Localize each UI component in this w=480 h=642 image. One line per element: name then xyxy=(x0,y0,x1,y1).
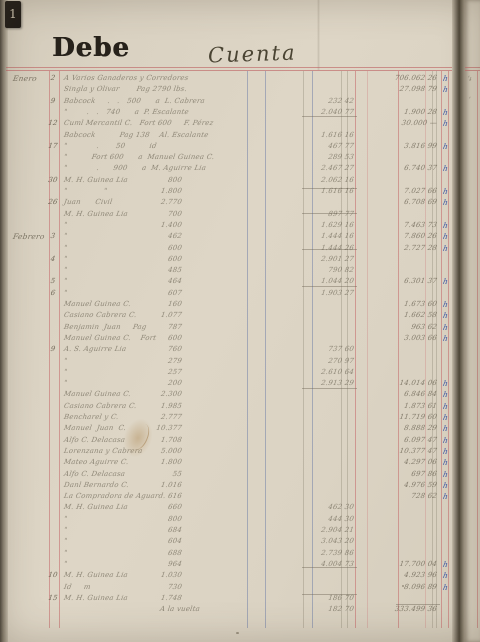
posting-check-mark: h xyxy=(442,187,449,196)
entry-amount-outer: 6.301 37 xyxy=(387,277,437,285)
entry-amount-outer: 963 62 xyxy=(387,323,437,331)
paper-speck xyxy=(236,632,239,634)
posting-check-mark: h xyxy=(442,108,449,117)
entry-amount-inner: 1.044 20 xyxy=(299,277,354,285)
entry-description: Alfo C. Delacasa xyxy=(63,470,125,478)
entry-amount-outer: 333.499 36 xyxy=(387,605,437,613)
entry-description: Manuel Guinea C. xyxy=(63,390,131,398)
entry-quantity: 684 xyxy=(141,526,182,534)
entry-amount-outer: 8.096 89 xyxy=(387,583,437,591)
account-heading: Cuenta xyxy=(208,40,297,67)
entry-amount-inner: 1.444 26 xyxy=(299,244,354,252)
entry-amount-inner: 790 82 xyxy=(299,266,354,274)
entry-amount-outer: 2.727 28 xyxy=(387,244,437,252)
entry-quantity: 800 xyxy=(141,515,182,523)
next-page-writing: ʼı̵ xyxy=(466,75,472,83)
entry-amount-inner: 2.610 64 xyxy=(299,368,354,376)
entry-amount-inner: 467 77 xyxy=(299,142,354,150)
index-tab: 1 xyxy=(5,1,21,28)
ledger-row: "279270 97 xyxy=(0,357,480,368)
posting-check-mark: h xyxy=(442,164,449,173)
entry-day: 17 xyxy=(46,142,59,150)
ledger-row: Benjamin Juan Pag787963 62h xyxy=(0,323,480,334)
entry-amount-outer: 4.297 06 xyxy=(387,458,437,466)
entry-amount-inner: 2.901 27 xyxy=(299,255,354,263)
posting-check-mark: h xyxy=(442,413,449,422)
entry-amount-inner: 2.739 86 xyxy=(299,549,354,557)
entry-day: 9 xyxy=(46,97,59,105)
entry-description: M. H. Guinea Lia xyxy=(63,176,128,184)
entry-day: 15 xyxy=(46,594,59,602)
ledger-row: "800444 30 xyxy=(0,515,480,526)
entry-quantity: 616 xyxy=(141,492,182,500)
entry-description: " xyxy=(63,232,68,240)
next-page-edge: ʼı̵ ʼ xyxy=(464,0,480,642)
entry-amount-outer: 7.463 73 xyxy=(387,221,437,229)
entry-quantity: 257 xyxy=(141,368,182,376)
entry-description: " xyxy=(63,266,68,274)
posting-check-mark: h xyxy=(442,436,449,445)
entry-amount-outer: 728 62 xyxy=(387,492,437,500)
entry-quantity: 730 xyxy=(141,583,182,591)
entry-day: 30 xyxy=(46,176,59,184)
ledger-row: Febrero3"4621.444 167.860 26h xyxy=(0,232,480,243)
entry-quantity: 964 xyxy=(141,560,182,568)
entry-description: Danl Bernardo C. xyxy=(63,481,129,489)
posting-check-mark: h xyxy=(442,470,449,479)
entry-amount-inner: 897 77 xyxy=(299,210,354,218)
posting-check-mark: h xyxy=(442,198,449,207)
entry-description: Casiano Cabrera C. xyxy=(63,311,137,319)
posting-check-mark: h xyxy=(442,232,449,241)
entry-amount-outer: 30.000 — xyxy=(387,119,437,127)
entry-quantity: 1.985 xyxy=(141,402,182,410)
entry-description: " xyxy=(63,560,68,568)
ledger-row: "6882.739 86 xyxy=(0,549,480,560)
ledger-row: La Compradora de Aguard.616728 62h xyxy=(0,492,480,503)
entry-description: Babcock Pag 138 Al. Escalante xyxy=(63,131,209,139)
entry-quantity: 700 xyxy=(141,210,182,218)
entry-description: Id m xyxy=(63,583,91,591)
entry-description: Cuml Mercantil C. Fort 600 F. Pérez xyxy=(63,119,214,127)
paper-speck xyxy=(402,585,404,587)
ledger-row: M. H. Guinea Lia660462 30 xyxy=(0,503,480,514)
entry-quantity: 464 xyxy=(141,277,182,285)
entry-amount-inner: 232 42 xyxy=(299,97,354,105)
entry-description: " xyxy=(63,379,68,387)
entry-quantity: 760 xyxy=(141,345,182,353)
entry-day: 3 xyxy=(46,232,59,240)
ledger-row: "2002.913 2914.014 06h xyxy=(0,379,480,390)
entry-description: Benjamin Juan Pag xyxy=(63,323,147,331)
posting-check-mark: h xyxy=(442,119,449,128)
entry-quantity: 2.300 xyxy=(141,390,182,398)
entry-amount-inner: 2.913 29 xyxy=(299,379,354,387)
entry-amount-inner: 1.903 27 xyxy=(299,289,354,297)
page-number: 1 xyxy=(9,7,17,21)
entry-quantity: 787 xyxy=(141,323,182,331)
entry-description: " . 50 id xyxy=(63,142,157,150)
entry-amount-outer: 4.976 59 xyxy=(387,481,437,489)
entry-day: 4 xyxy=(46,255,59,263)
next-page-writing: ʼ xyxy=(467,96,471,104)
posting-check-mark: h xyxy=(442,277,449,286)
ledger-row: Alfo C. Delacasa55697 86h xyxy=(0,470,480,481)
debit-heading: Debe xyxy=(52,33,130,63)
ledger-row: Danl Bernardo C.1.0164.976 59h xyxy=(0,481,480,492)
ledger-page: 1 Debe Cuenta Enero2A Varios Ganaderos y… xyxy=(0,0,480,642)
rule-line xyxy=(6,67,452,68)
entry-amount-outer: 17.700 04 xyxy=(387,560,437,568)
entry-amount-outer: 6.097 47 xyxy=(387,436,437,444)
ledger-row: Casiano Cabrera C.1.0771.662 58h xyxy=(0,311,480,322)
binding-gutter xyxy=(452,0,464,642)
ledger-row: "6842.904 21 xyxy=(0,526,480,537)
entry-quantity: 1.748 xyxy=(141,594,182,602)
ledger-row: 26Juan Civil2.7706.708 69h xyxy=(0,198,480,209)
ledger-row: A la vuelta182 70333.499 36 xyxy=(0,605,480,616)
posting-check-mark: h xyxy=(442,379,449,388)
posting-check-mark: h xyxy=(442,390,449,399)
entry-quantity: 200 xyxy=(141,379,182,387)
entry-quantity: 660 xyxy=(141,503,182,511)
entry-amount-outer: 6.708 69 xyxy=(387,198,437,206)
entry-description: Juan Civil xyxy=(63,198,113,206)
entry-description: " xyxy=(63,537,68,545)
entry-amount-inner: 1.629 16 xyxy=(299,221,354,229)
entry-quantity: 1.800 xyxy=(141,187,182,195)
posting-check-mark: h xyxy=(442,402,449,411)
ledger-row: 10M. H. Guinea Lia1.0304.923 96h xyxy=(0,571,480,582)
ledger-row: " . 900 a M. Aguirre Lia2.467 276.740 37… xyxy=(0,164,480,175)
ledger-row: 12Cuml Mercantil C. Fort 600 F. Pérez30.… xyxy=(0,119,480,130)
entry-quantity: 160 xyxy=(141,300,182,308)
entry-description: A la vuelta xyxy=(159,605,200,613)
entry-amount-outer: 10.377 47 xyxy=(387,447,437,455)
entry-day: 9 xyxy=(46,345,59,353)
ledger-row: 5"4641.044 206.301 37h xyxy=(0,277,480,288)
posting-check-mark: h xyxy=(442,74,449,83)
posting-check-mark: h xyxy=(442,481,449,490)
entry-amount-outer: 6.740 37 xyxy=(387,164,437,172)
ledger-row: Manuel Guinea C.1601.673 60h xyxy=(0,300,480,311)
paper-crease xyxy=(317,0,320,70)
entry-amount-inner: 1.616 16 xyxy=(299,187,354,195)
entry-quantity: 688 xyxy=(141,549,182,557)
ledger-row: "6043.043 20 xyxy=(0,537,480,548)
entry-amount-outer: 1.673 60 xyxy=(387,300,437,308)
entry-day: 6 xyxy=(46,289,59,297)
entry-amount-inner: 289 53 xyxy=(299,153,354,161)
entry-description: Babcock . . 500 a L. Cabrera xyxy=(63,97,205,105)
ledger-row: Casiano Cabrera C.1.9851.873 61h xyxy=(0,402,480,413)
entry-amount-outer: 6.846 84 xyxy=(387,390,437,398)
entry-description: Manuel Guinea C. xyxy=(63,300,131,308)
ledger-row: "2572.610 64 xyxy=(0,368,480,379)
entry-description: " xyxy=(63,244,68,252)
entry-amount-inner: 2.040 77 xyxy=(299,108,354,116)
entry-amount-outer: 27.098 79 xyxy=(387,85,437,93)
entry-amount-inner: 1.616 16 xyxy=(299,131,354,139)
ledger-row: Manuel Guinea C. Fort6003.003 66h xyxy=(0,334,480,345)
entry-description: " xyxy=(63,255,68,263)
rule-line xyxy=(6,70,452,71)
entry-amount-inner: 2.904 21 xyxy=(299,526,354,534)
entry-amount-inner: 3.043 20 xyxy=(299,537,354,545)
entry-month: Enero xyxy=(12,74,37,83)
entry-description: M. H. Guinea Lia xyxy=(63,594,128,602)
entry-amount-inner: 182 70 xyxy=(299,605,354,613)
posting-check-mark: h xyxy=(442,583,449,592)
entry-description: Bencharel y C. xyxy=(63,413,119,421)
ledger-row: " Fort 600 a Manuel Guinea C.289 53 xyxy=(0,153,480,164)
ledger-row: 17" . 50 id467 773.816 99h xyxy=(0,142,480,153)
entry-quantity: 1.077 xyxy=(141,311,182,319)
ledger-row: 30M. H. Guinea Lia8002.062 16 xyxy=(0,176,480,187)
entry-month: Febrero xyxy=(12,232,45,241)
entry-day: 12 xyxy=(46,119,59,127)
entry-amount-outer: 1.662 58 xyxy=(387,311,437,319)
ledger-row: " . . 740 a P. Escalante2.040 771.900 28… xyxy=(0,108,480,119)
entry-amount-outer: 3.816 99 xyxy=(387,142,437,150)
entry-description: " Fort 600 a Manuel Guinea C. xyxy=(63,153,215,161)
entry-amount-inner: 737 60 xyxy=(299,345,354,353)
ledger-row: " "1.8001.616 167.027 66h xyxy=(0,187,480,198)
entry-description: " xyxy=(63,277,68,285)
posting-check-mark: h xyxy=(442,458,449,467)
posting-check-mark: h xyxy=(442,447,449,456)
entry-description: M. H. Guinea Lia xyxy=(63,571,128,579)
ledger-row: 9A. S. Aguirre Lia760737 60 xyxy=(0,345,480,356)
ledger-row: "485790 82 xyxy=(0,266,480,277)
entry-amount-outer: 8.888 29 xyxy=(387,424,437,432)
posting-check-mark: h xyxy=(442,142,449,151)
entry-day: 2 xyxy=(46,74,59,82)
ledger-row: 4"6002.901 27 xyxy=(0,255,480,266)
ledger-row: 15M. H. Guinea Lia1.748186 70 xyxy=(0,594,480,605)
entry-day: 10 xyxy=(46,571,59,579)
entry-quantity: 604 xyxy=(141,537,182,545)
entry-description: Mateo Aguirre C. xyxy=(63,458,129,466)
ledger-row: Lorenzana y Cabrera5.00010.377 47h xyxy=(0,447,480,458)
posting-check-mark: h xyxy=(442,311,449,320)
ledger-row: 9Babcock . . 500 a L. Cabrera232 42 xyxy=(0,97,480,108)
ledger-row: M. H. Guinea Lia700897 77 xyxy=(0,210,480,221)
posting-check-mark: h xyxy=(442,244,449,253)
entry-amount-inner: 2.467 27 xyxy=(299,164,354,172)
entry-quantity: 279 xyxy=(141,357,182,365)
entry-description: Casiano Cabrera C. xyxy=(63,402,137,410)
entry-quantity: 485 xyxy=(141,266,182,274)
entry-description: " " xyxy=(63,187,107,195)
entry-amount-outer: 1.873 61 xyxy=(387,402,437,410)
entry-amount-inner: 4.004 73 xyxy=(299,560,354,568)
entry-quantity: 800 xyxy=(141,176,182,184)
entry-amount-outer: 697 86 xyxy=(387,470,437,478)
entry-quantity: 600 xyxy=(141,255,182,263)
ledger-row: "9644.004 7317.700 04h xyxy=(0,560,480,571)
entry-amount-inner: 462 30 xyxy=(299,503,354,511)
entry-amount-outer: 11.719 60 xyxy=(387,413,437,421)
entry-amount-inner: 270 97 xyxy=(299,357,354,365)
ledger-row: "1.4001.629 167.463 73h xyxy=(0,221,480,232)
entry-amount-inner: 1.444 16 xyxy=(299,232,354,240)
ledger-row: Mateo Aguirre C.1.8004.297 06h xyxy=(0,458,480,469)
entry-description: " xyxy=(63,357,68,365)
entry-day: 26 xyxy=(46,198,59,206)
posting-check-mark: h xyxy=(442,424,449,433)
entry-quantity: 55 xyxy=(141,470,182,478)
entry-description: " xyxy=(63,549,68,557)
entry-quantity: 1.800 xyxy=(141,458,182,466)
entry-description: A. S. Aguirre Lia xyxy=(63,345,127,353)
entry-description: " xyxy=(63,368,68,376)
entry-amount-inner: 186 70 xyxy=(299,594,354,602)
entry-amount-inner: 444 30 xyxy=(299,515,354,523)
entry-description: Alfo C. Delacasa xyxy=(63,436,125,444)
entry-description: M. H. Guinea Lia xyxy=(63,210,128,218)
entry-quantity: 607 xyxy=(141,289,182,297)
entry-quantity: 600 xyxy=(141,244,182,252)
entry-amount-outer: 3.003 66 xyxy=(387,334,437,342)
ledger-row: Alfo C. Delacasa1.7086.097 47h xyxy=(0,436,480,447)
entry-description: A Varios Ganaderos y Corredores xyxy=(63,74,189,82)
entry-quantity: 1.400 xyxy=(141,221,182,229)
entry-amount-outer: 706.062 26 xyxy=(387,74,437,82)
entry-description: Singla y Olivar Pag 2790 lbs. xyxy=(63,85,187,93)
entry-description: " xyxy=(63,526,68,534)
entry-amount-outer: 7.860 26 xyxy=(387,232,437,240)
entry-quantity: 1.030 xyxy=(141,571,182,579)
entry-day: 5 xyxy=(46,277,59,285)
posting-check-mark: h xyxy=(442,85,449,94)
entry-amount-outer: 4.923 96 xyxy=(387,571,437,579)
ledger-row: Babcock Pag 138 Al. Escalante1.616 16 xyxy=(0,131,480,142)
posting-check-mark: h xyxy=(442,560,449,569)
ledger-row: "6001.444 262.727 28h xyxy=(0,244,480,255)
entry-description: " xyxy=(63,221,68,229)
ledger-row: 6"6071.903 27 xyxy=(0,289,480,300)
entry-amount-outer: 14.014 06 xyxy=(387,379,437,387)
entry-description: M. H. Guinea Lia xyxy=(63,503,128,511)
ledger-row: Manuel Juan C.10.3778.888 29h xyxy=(0,424,480,435)
entry-description: " . 900 a M. Aguirre Lia xyxy=(63,164,206,172)
entry-quantity: 1.016 xyxy=(141,481,182,489)
posting-check-mark: h xyxy=(442,323,449,332)
ledger-row: Bencharel y C.2.77711.719 60h xyxy=(0,413,480,424)
ledger-row: Enero2A Varios Ganaderos y Corredores706… xyxy=(0,74,480,85)
posting-check-mark: h xyxy=(442,571,449,580)
entry-description: " xyxy=(63,515,68,523)
entry-amount-inner: 2.062 16 xyxy=(299,176,354,184)
posting-check-mark: h xyxy=(442,221,449,230)
entry-quantity: 600 xyxy=(141,334,182,342)
ledger-row: Id m7308.096 89h xyxy=(0,583,480,594)
entry-quantity: 462 xyxy=(141,232,182,240)
ledger-row: Singla y Olivar Pag 2790 lbs.27.098 79h xyxy=(0,85,480,96)
entry-amount-outer: 7.027 66 xyxy=(387,187,437,195)
entry-description: " xyxy=(63,289,68,297)
entry-quantity: 2.770 xyxy=(141,198,182,206)
entry-description: " . . 740 a P. Escalante xyxy=(63,108,189,116)
entry-amount-outer: 1.900 28 xyxy=(387,108,437,116)
entry-description: Manuel Juan C. xyxy=(63,424,126,432)
posting-check-mark: h xyxy=(442,492,449,501)
posting-check-mark: h xyxy=(442,300,449,309)
ledger-row: Manuel Guinea C.2.3006.846 84h xyxy=(0,390,480,401)
posting-check-mark: h xyxy=(442,334,449,343)
